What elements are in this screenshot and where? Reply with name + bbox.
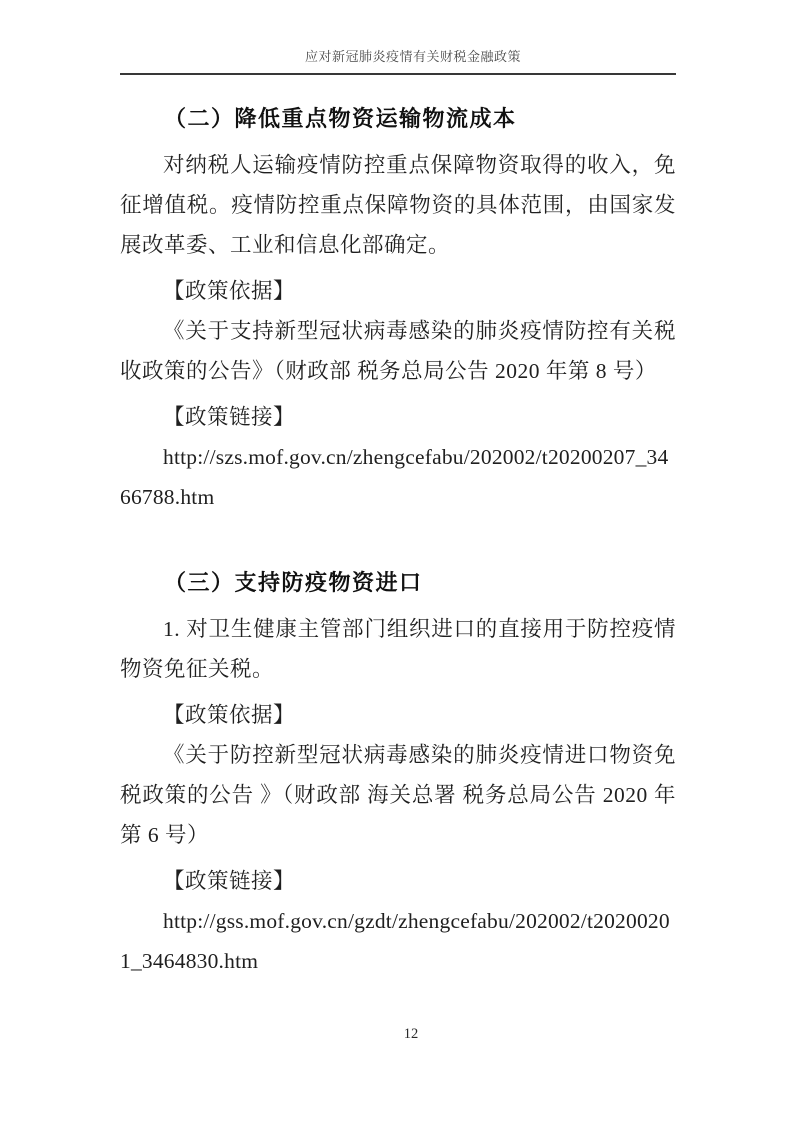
body-paragraph: 对纳税人运输疫情防控重点保障物资取得的收入，免征增值税。疫情防控重点保障物资的具… [120,145,676,265]
header-rule [120,73,676,75]
section-heading: （二）降低重点物资运输物流成本 [120,99,676,139]
policy-link-url[interactable]: http://gss.mof.gov.cn/gzdt/zhengcefabu/2… [120,901,676,981]
policy-link-label: 【政策链接】 [120,397,676,437]
policy-basis-text: 《关于支持新型冠状病毒感染的肺炎疫情防控有关税收政策的公告》（财政部 税务总局公… [120,311,676,391]
page-number: 12 [404,1024,419,1044]
body-paragraph: 1. 对卫生健康主管部门组织进口的直接用于防控疫情物资免征关税。 [120,609,676,689]
page-footer: 12 [0,1024,796,1044]
policy-link-label: 【政策链接】 [120,861,676,901]
policy-basis-label: 【政策依据】 [120,271,676,311]
section-import-support: （三）支持防疫物资进口 1. 对卫生健康主管部门组织进口的直接用于防控疫情物资免… [120,563,676,981]
running-title: 应对新冠肺炎疫情有关财税金融政策 [135,47,691,67]
policy-basis-text: 《关于防控新型冠状病毒感染的肺炎疫情进口物资免税政策的公告 》（财政部 海关总署… [120,735,676,855]
document-page: 应对新冠肺炎疫情有关财税金融政策 （二）降低重点物资运输物流成本 对纳税人运输疫… [0,0,796,1122]
policy-basis-label: 【政策依据】 [120,695,676,735]
page-header: 应对新冠肺炎疫情有关财税金融政策 [120,0,676,75]
section-logistics-cost: （二）降低重点物资运输物流成本 对纳税人运输疫情防控重点保障物资取得的收入，免征… [120,99,676,517]
policy-link-url[interactable]: http://szs.mof.gov.cn/zhengcefabu/202002… [120,437,676,517]
section-heading: （三）支持防疫物资进口 [120,563,676,603]
